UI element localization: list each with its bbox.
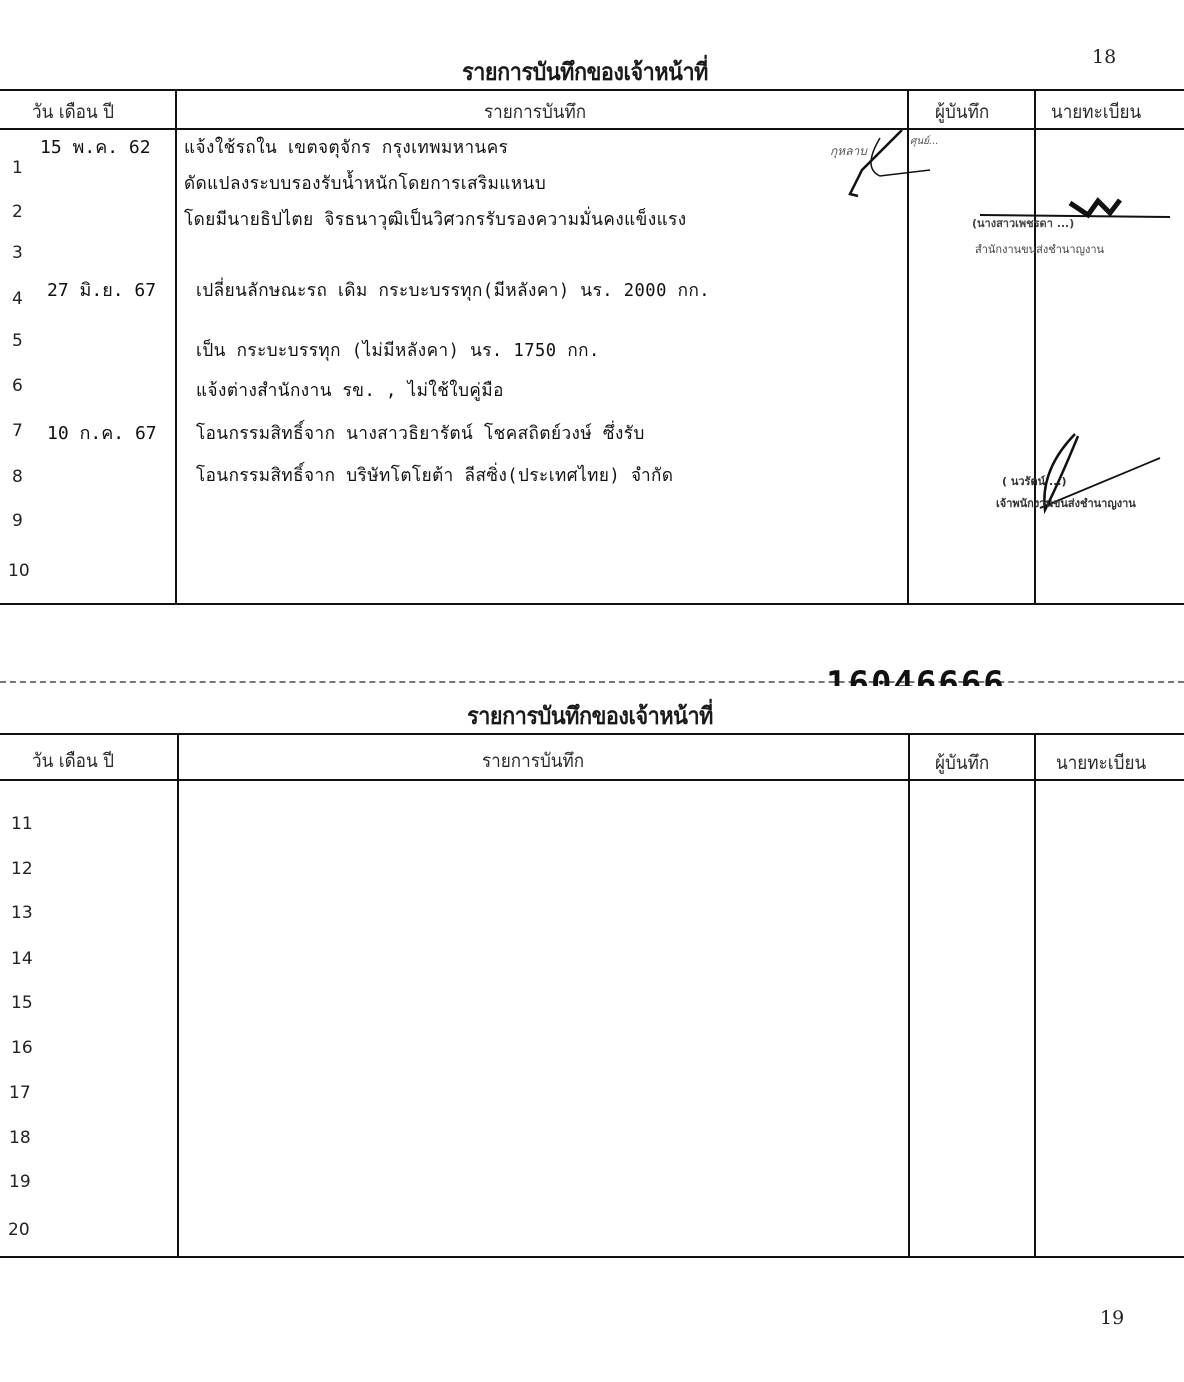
row-number: 8	[12, 467, 23, 487]
header-bottom-border	[0, 128, 1184, 130]
column-header-date: วัน เดือน ปี	[32, 746, 114, 776]
column-header-recorder: ผู้บันทึก	[935, 748, 989, 778]
row-number: 19	[9, 1172, 31, 1192]
row-number: 6	[12, 376, 23, 396]
registrar-title: สำนักงานขนส่งชำนาญงาน	[975, 240, 1104, 258]
entry-date: 10 ก.ค. 67	[47, 418, 157, 447]
row-number: 2	[12, 202, 23, 222]
entry-line: เป็น กระบะบรรทุก (ไม่มีหลังคา) นร. 1750 …	[196, 335, 600, 364]
registrar-title: เจ้าพนักงานขนส่งชำนาญงาน	[996, 494, 1136, 512]
row-number: 3	[12, 243, 23, 263]
perforation-line	[0, 681, 1184, 683]
entry-line: โอนกรรมสิทธิ์จาก บริษัทโตโยต้า ลีสซิ่ง(ป…	[196, 460, 673, 489]
column-divider	[1034, 734, 1036, 1257]
row-number: 12	[11, 859, 33, 879]
page-title: รายการบันทึกของเจ้าหน้าที่	[437, 52, 734, 91]
row-number: 16	[11, 1038, 33, 1058]
table-top-border	[0, 89, 1184, 91]
entry-line: โดยมีนายธิปไตย จิรธนาวุฒิเป็นวิศวกรรับรอ…	[184, 204, 687, 233]
column-divider	[177, 734, 179, 1257]
row-number: 15	[11, 993, 33, 1013]
column-header-date: วัน เดือน ปี	[32, 97, 114, 127]
row-number: 11	[11, 814, 33, 834]
entry-line: โอนกรรมสิทธิ์จาก นางสาวธิยารัตน์ โชคสถิต…	[196, 418, 645, 447]
page-title: รายการบันทึกของเจ้าหน้าที่	[442, 696, 739, 735]
recorder-signature-icon	[840, 128, 900, 198]
row-number: 20	[8, 1220, 30, 1240]
column-header-registrar: นายทะเบียน	[1056, 748, 1146, 778]
page-number: 19	[1100, 1307, 1124, 1329]
entry-date: 27 มิ.ย. 67	[47, 275, 156, 304]
row-number: 10	[8, 561, 30, 581]
row-number: 14	[11, 949, 33, 969]
row-number: 7	[12, 421, 23, 441]
row-number: 1	[12, 158, 23, 178]
column-header-entry: รายการบันทึก	[482, 746, 584, 776]
row-number: 13	[11, 903, 33, 923]
registrar-name: (นางสาวเพชรดา ...)	[972, 214, 1074, 232]
entry-line: แจ้งต่างสำนักงาน รข. , ไม่ใช้ใบคู่มือ	[196, 375, 504, 404]
column-header-entry: รายการบันทึก	[484, 97, 586, 127]
recorder-handwritten-note: ศุนย์...	[910, 134, 939, 149]
entry-line: เปลี่ยนลักษณะรถ เดิม กระบะบรรทุก(มีหลังค…	[196, 275, 710, 304]
entry-line: แจ้งใช้รถใน เขตจตุจักร กรุงเทพมหานคร	[184, 132, 508, 161]
page-number: 18	[1092, 46, 1116, 68]
column-header-registrar: นายทะเบียน	[1051, 97, 1141, 127]
entry-line: ดัดแปลงระบบรองรับน้ำหนักโดยการเสริมแหนบ	[184, 168, 546, 197]
row-number: 5	[12, 331, 23, 351]
column-divider	[908, 734, 910, 1257]
column-divider	[907, 90, 909, 604]
entry-date: 15 พ.ค. 62	[40, 132, 151, 161]
row-number: 17	[9, 1083, 31, 1103]
registrar-name: ( นวรัตน์ ...)	[1002, 472, 1067, 490]
column-header-recorder: ผู้บันทึก	[935, 97, 989, 127]
row-number: 18	[9, 1128, 31, 1148]
row-number: 9	[12, 511, 23, 531]
table-bottom-border	[0, 603, 1184, 605]
stamped-serial-number: 16046666	[826, 664, 1006, 704]
column-divider	[1034, 90, 1036, 604]
column-divider	[175, 90, 177, 604]
row-number: 4	[12, 289, 23, 309]
